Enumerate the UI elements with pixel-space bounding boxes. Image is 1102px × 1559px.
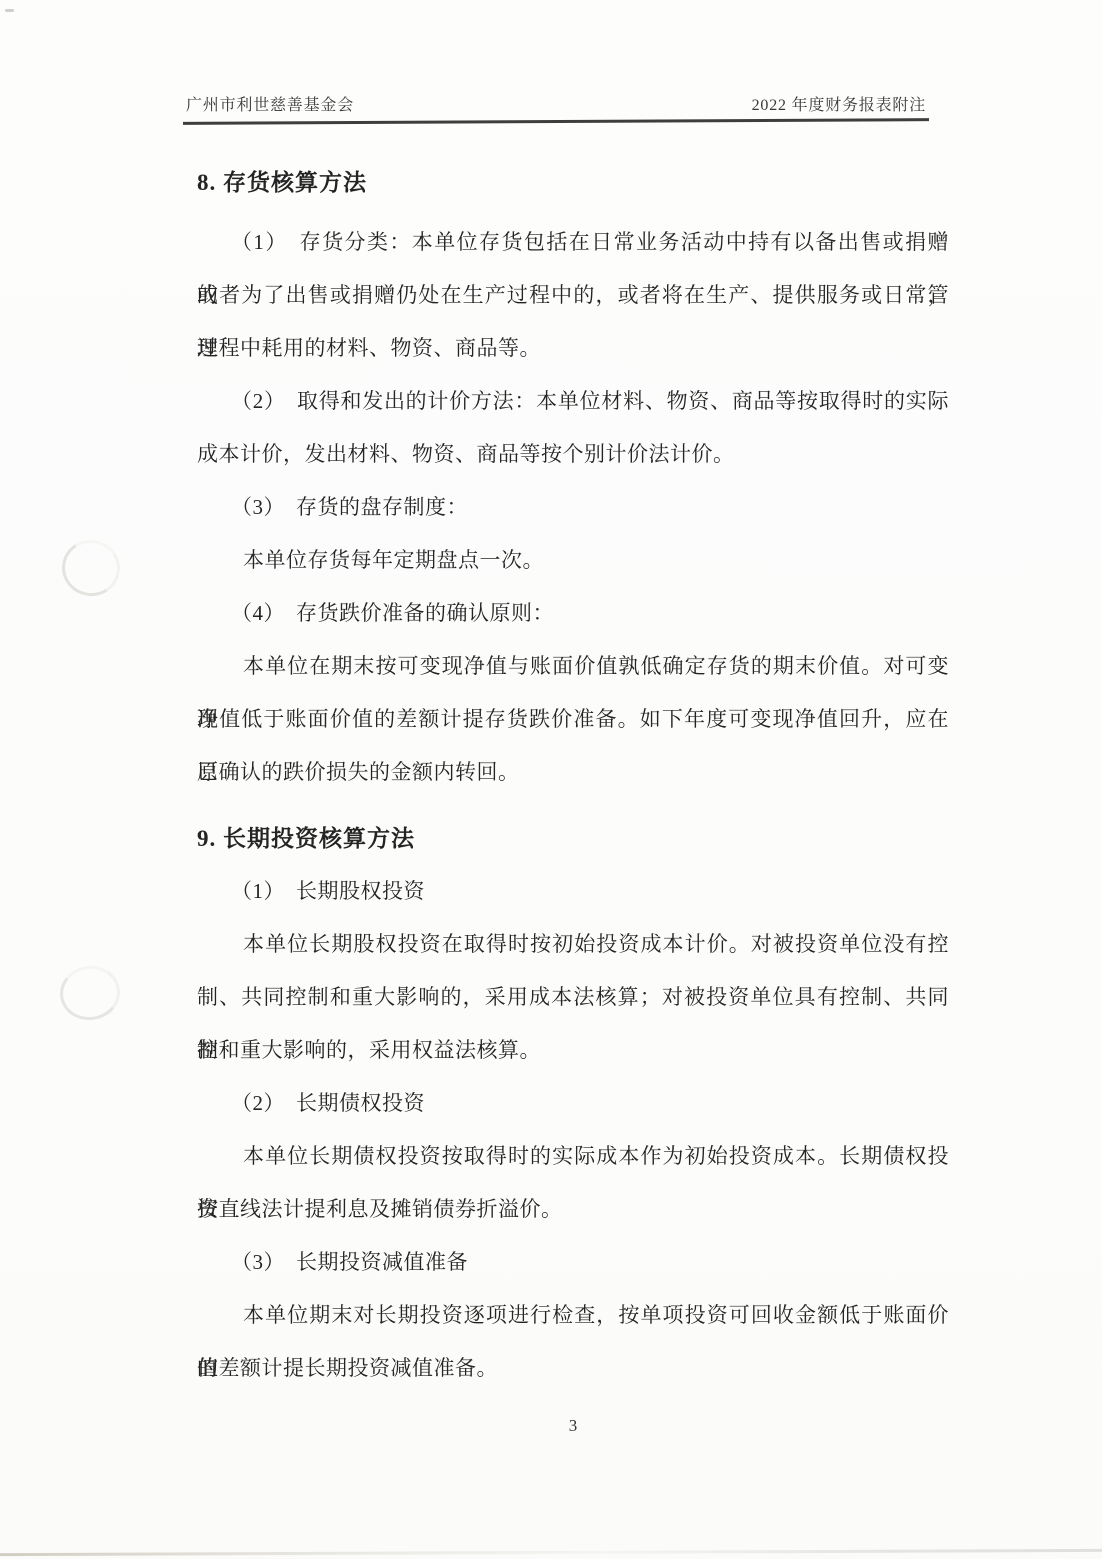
paragraph-line: 的差额计提长期投资减值准备。: [197, 1342, 949, 1395]
page-header: 广州市利世慈善基金会 2022 年度财务报表附注: [186, 92, 926, 115]
paragraph-line: 按直线法计提利息及摊销债券折溢价。: [197, 1183, 949, 1236]
scan-speck-artifact: [5, 9, 14, 12]
paragraph-line: （3） 长期投资减值准备: [197, 1236, 949, 1289]
scan-edge-artifact: [0, 1549, 1102, 1556]
header-org-name: 广州市利世慈善基金会: [186, 92, 354, 115]
paragraph-line: 制和重大影响的，采用权益法核算。: [197, 1024, 949, 1077]
header-report-title: 2022 年度财务报表附注: [752, 92, 926, 115]
paragraph-line: （1） 长期股权投资: [197, 865, 949, 918]
paragraph-line: 制、共同控制和重大影响的，采用成本法核算；对被投资单位具有控制、共同控: [197, 971, 949, 1024]
section-heading-9: 9. 长期投资核算方法: [197, 812, 949, 865]
paragraph-line: 或者为了出售或捐赠仍处在生产过程中的，或者将在生产、提供服务或日常管理: [197, 269, 949, 322]
paragraph-line: 本单位在期末按可变现净值与账面价值孰低确定存货的期末价值。对可变现: [197, 640, 949, 693]
paragraph-line: （1） 存货分类：本单位存货包括在日常业务活动中持有以备出售或捐赠的，: [197, 216, 949, 269]
page-number: 3: [569, 1416, 578, 1435]
document-page: 广州市利世慈善基金会 2022 年度财务报表附注 8. 存货核算方法 （1） 存…: [0, 0, 1102, 1559]
paragraph-line: 本单位期末对长期投资逐项进行检查，按单项投资可回收金额低于账面价值: [197, 1289, 949, 1342]
paragraph-line: （2） 长期债权投资: [197, 1077, 949, 1130]
section-heading-8: 8. 存货核算方法: [197, 156, 949, 209]
paragraph-line: 本单位存货每年定期盘点一次。: [197, 534, 949, 587]
paragraph-line: （3） 存货的盘存制度：: [197, 481, 949, 534]
paragraph-line: （4） 存货跌价准备的确认原则：: [197, 587, 949, 640]
paragraph-line: （2） 取得和发出的计价方法：本单位材料、物资、商品等按取得时的实际: [197, 375, 949, 428]
header-rule: [183, 118, 929, 124]
paragraph-line: 已确认的跌价损失的金额内转回。: [197, 746, 949, 799]
paragraph-line: 本单位长期股权投资在取得时按初始投资成本计价。对被投资单位没有控: [197, 918, 949, 971]
paragraph-line: 净值低于账面价值的差额计提存货跌价准备。如下年度可变现净值回升，应在原: [197, 693, 949, 746]
page-footer: 3: [197, 1416, 949, 1436]
binder-hole-shadow: [57, 535, 125, 602]
binder-hole-shadow: [57, 962, 124, 1024]
document-body: 8. 存货核算方法 （1） 存货分类：本单位存货包括在日常业务活动中持有以备出售…: [197, 156, 949, 1395]
paragraph-line: 过程中耗用的材料、物资、商品等。: [197, 322, 949, 375]
paragraph-line: 本单位长期债权投资按取得时的实际成本作为初始投资成本。长期债权投资: [197, 1130, 949, 1183]
paragraph-line: 成本计价，发出材料、物资、商品等按个别计价法计价。: [197, 428, 949, 481]
